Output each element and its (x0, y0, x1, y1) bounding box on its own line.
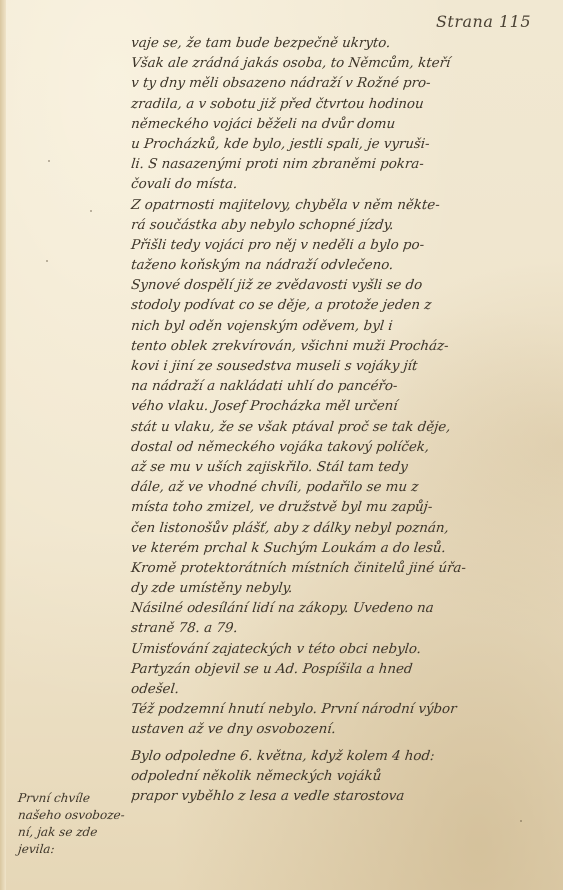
margin-note: První chvíle našeho osvoboze- ní, jak se… (18, 790, 128, 858)
text-line: dále, až ve vhodné chvíli, podařilo se m… (130, 478, 552, 498)
manuscript-page: Strana 115 vaje se, že tam bude bezpečně… (0, 0, 563, 890)
text-line: u Procházků, kde bylo, jestli spali, je … (130, 135, 552, 155)
text-line: Partyzán objevil se u Ad. Pospíšila a hn… (130, 660, 552, 680)
text-line: Synové dospělí již ze zvědavosti vyšli s… (130, 276, 552, 296)
margin-note-line: jevila: (17, 841, 129, 858)
text-line: rá součástka aby nebylo schopné jízdy. (130, 216, 552, 236)
text-line: zradila, a v sobotu již před čtvrtou hod… (130, 95, 552, 115)
text-line: odešel. (130, 680, 552, 700)
text-line: li. S nasazenými proti nim zbraněmi pokr… (130, 155, 552, 175)
text-line: Umisťování zajateckých v této obci nebyl… (130, 640, 552, 660)
text-line: dostal od německého vojáka takový políče… (130, 438, 552, 458)
text-line: v ty dny měli obsazeno nádraží v Rožné p… (130, 74, 552, 94)
paper-speck (46, 260, 48, 262)
text-line: Bylo odpoledne 6. května, když kolem 4 h… (130, 747, 552, 767)
text-line: Přišli tedy vojáci pro něj v neděli a by… (130, 236, 552, 256)
text-line: odpolední několik německých vojáků (130, 767, 552, 787)
paper-speck (520, 820, 522, 822)
text-line: dy zde umístěny nebyly. (130, 579, 552, 599)
margin-note-line: ní, jak se zde (17, 824, 129, 841)
page-number: Strana 115 (436, 12, 531, 31)
text-line: čen listonošův plášť, aby z dálky nebyl … (130, 519, 552, 539)
text-line: taženo koňským na nádraží odvlečeno. (130, 256, 552, 276)
text-line: vaje se, že tam bude bezpečně ukryto. (130, 34, 552, 54)
text-line: prapor vyběhlo z lesa a vedle starostova (130, 787, 552, 807)
text-line: stodoly podívat co se děje, a protože je… (130, 296, 552, 316)
text-line: až se mu v uších zajiskřilo. Stál tam te… (130, 458, 552, 478)
text-line: Kromě protektorátních místních činitelů … (130, 559, 552, 579)
text-line: místa toho zmizel, ve družstvě byl mu za… (130, 498, 552, 518)
text-line: vého vlaku. Josef Procházka měl určení (130, 397, 552, 417)
text-line: Násilné odesílání lidí na zákopy. Uveden… (130, 599, 552, 619)
text-line: ve kterém prchal k Suchým Loukám a do le… (130, 539, 552, 559)
text-line: ustaven až ve dny osvobození. (130, 720, 552, 740)
text-line: tento oblek zrekvírován, všichni muži Pr… (130, 337, 552, 357)
manuscript-body: vaje se, že tam bude bezpečně ukryto. Vš… (130, 34, 550, 807)
text-line: straně 78. a 79. (130, 619, 552, 639)
paper-speck (90, 210, 92, 212)
text-line: nich byl oděn vojenským oděvem, byl i (130, 317, 552, 337)
text-line: stát u vlaku, že se však ptával proč se … (130, 418, 552, 438)
margin-note-line: našeho osvoboze- (17, 807, 129, 824)
text-line: Z opatrnosti majitelovy, chyběla v něm n… (130, 196, 552, 216)
text-line: na nádraží a nakládati uhlí do pancéřo- (130, 377, 552, 397)
paper-speck (48, 160, 50, 162)
text-line: Však ale zrádná jakás osoba, to Němcům, … (130, 54, 552, 74)
text-line: Též podzemní hnutí nebylo. První národní… (130, 700, 552, 720)
margin-note-line: První chvíle (17, 790, 129, 807)
text-line: čovali do místa. (130, 175, 552, 195)
text-line: kovi i jiní ze sousedstva museli s voják… (130, 357, 552, 377)
text-line: německého vojáci běželi na dvůr domu (130, 115, 552, 135)
